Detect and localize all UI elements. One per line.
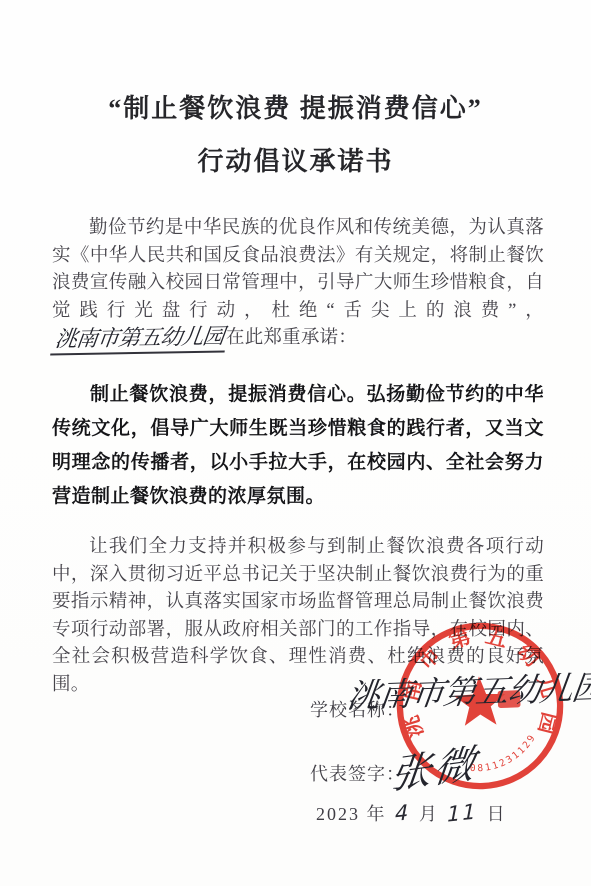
date-month-unit: 月 [419,804,439,824]
date-year: 2023 [316,804,360,824]
handwritten-school-name-field: 洮南市第五幼儿园 [344,662,591,718]
paragraph-intro-text: 勤俭节约是中华民族的优良作风和传统美德，为认真落实《中华人民共和国反食品浪费法》… [52,218,544,321]
document-title-line2: 行动倡议承诺书 [0,145,591,179]
paragraph-intro: 勤俭节约是中华民族的优良作风和传统美德，为认真落实《中华人民共和国反食品浪费法》… [52,215,544,354]
paragraph-intro-closing: 在此郑重承诺： [226,328,357,348]
paragraph-pledge-bold: 制止餐饮浪费，提振消费信心。弘扬勤俭节约的中华传统文化，倡导广大师生既当珍惜粮食… [52,378,544,514]
handwritten-month-value: 4 [395,800,410,826]
document-page: “制止餐饮浪费 提振消费信心” 行动倡议承诺书 勤俭节约是中华民族的优良作风和传… [0,0,591,886]
date-day-unit: 日 [487,804,507,824]
handwritten-day-value: 11 [447,799,478,826]
handwritten-school-name-inline: 洮南市第五幼儿园 [50,325,228,355]
date-row: 2023 年 4 月 11 日 [316,800,507,826]
date-year-unit: 年 [367,804,387,824]
document-title-line1: “制止餐饮浪费 提振消费信心” [0,92,591,126]
